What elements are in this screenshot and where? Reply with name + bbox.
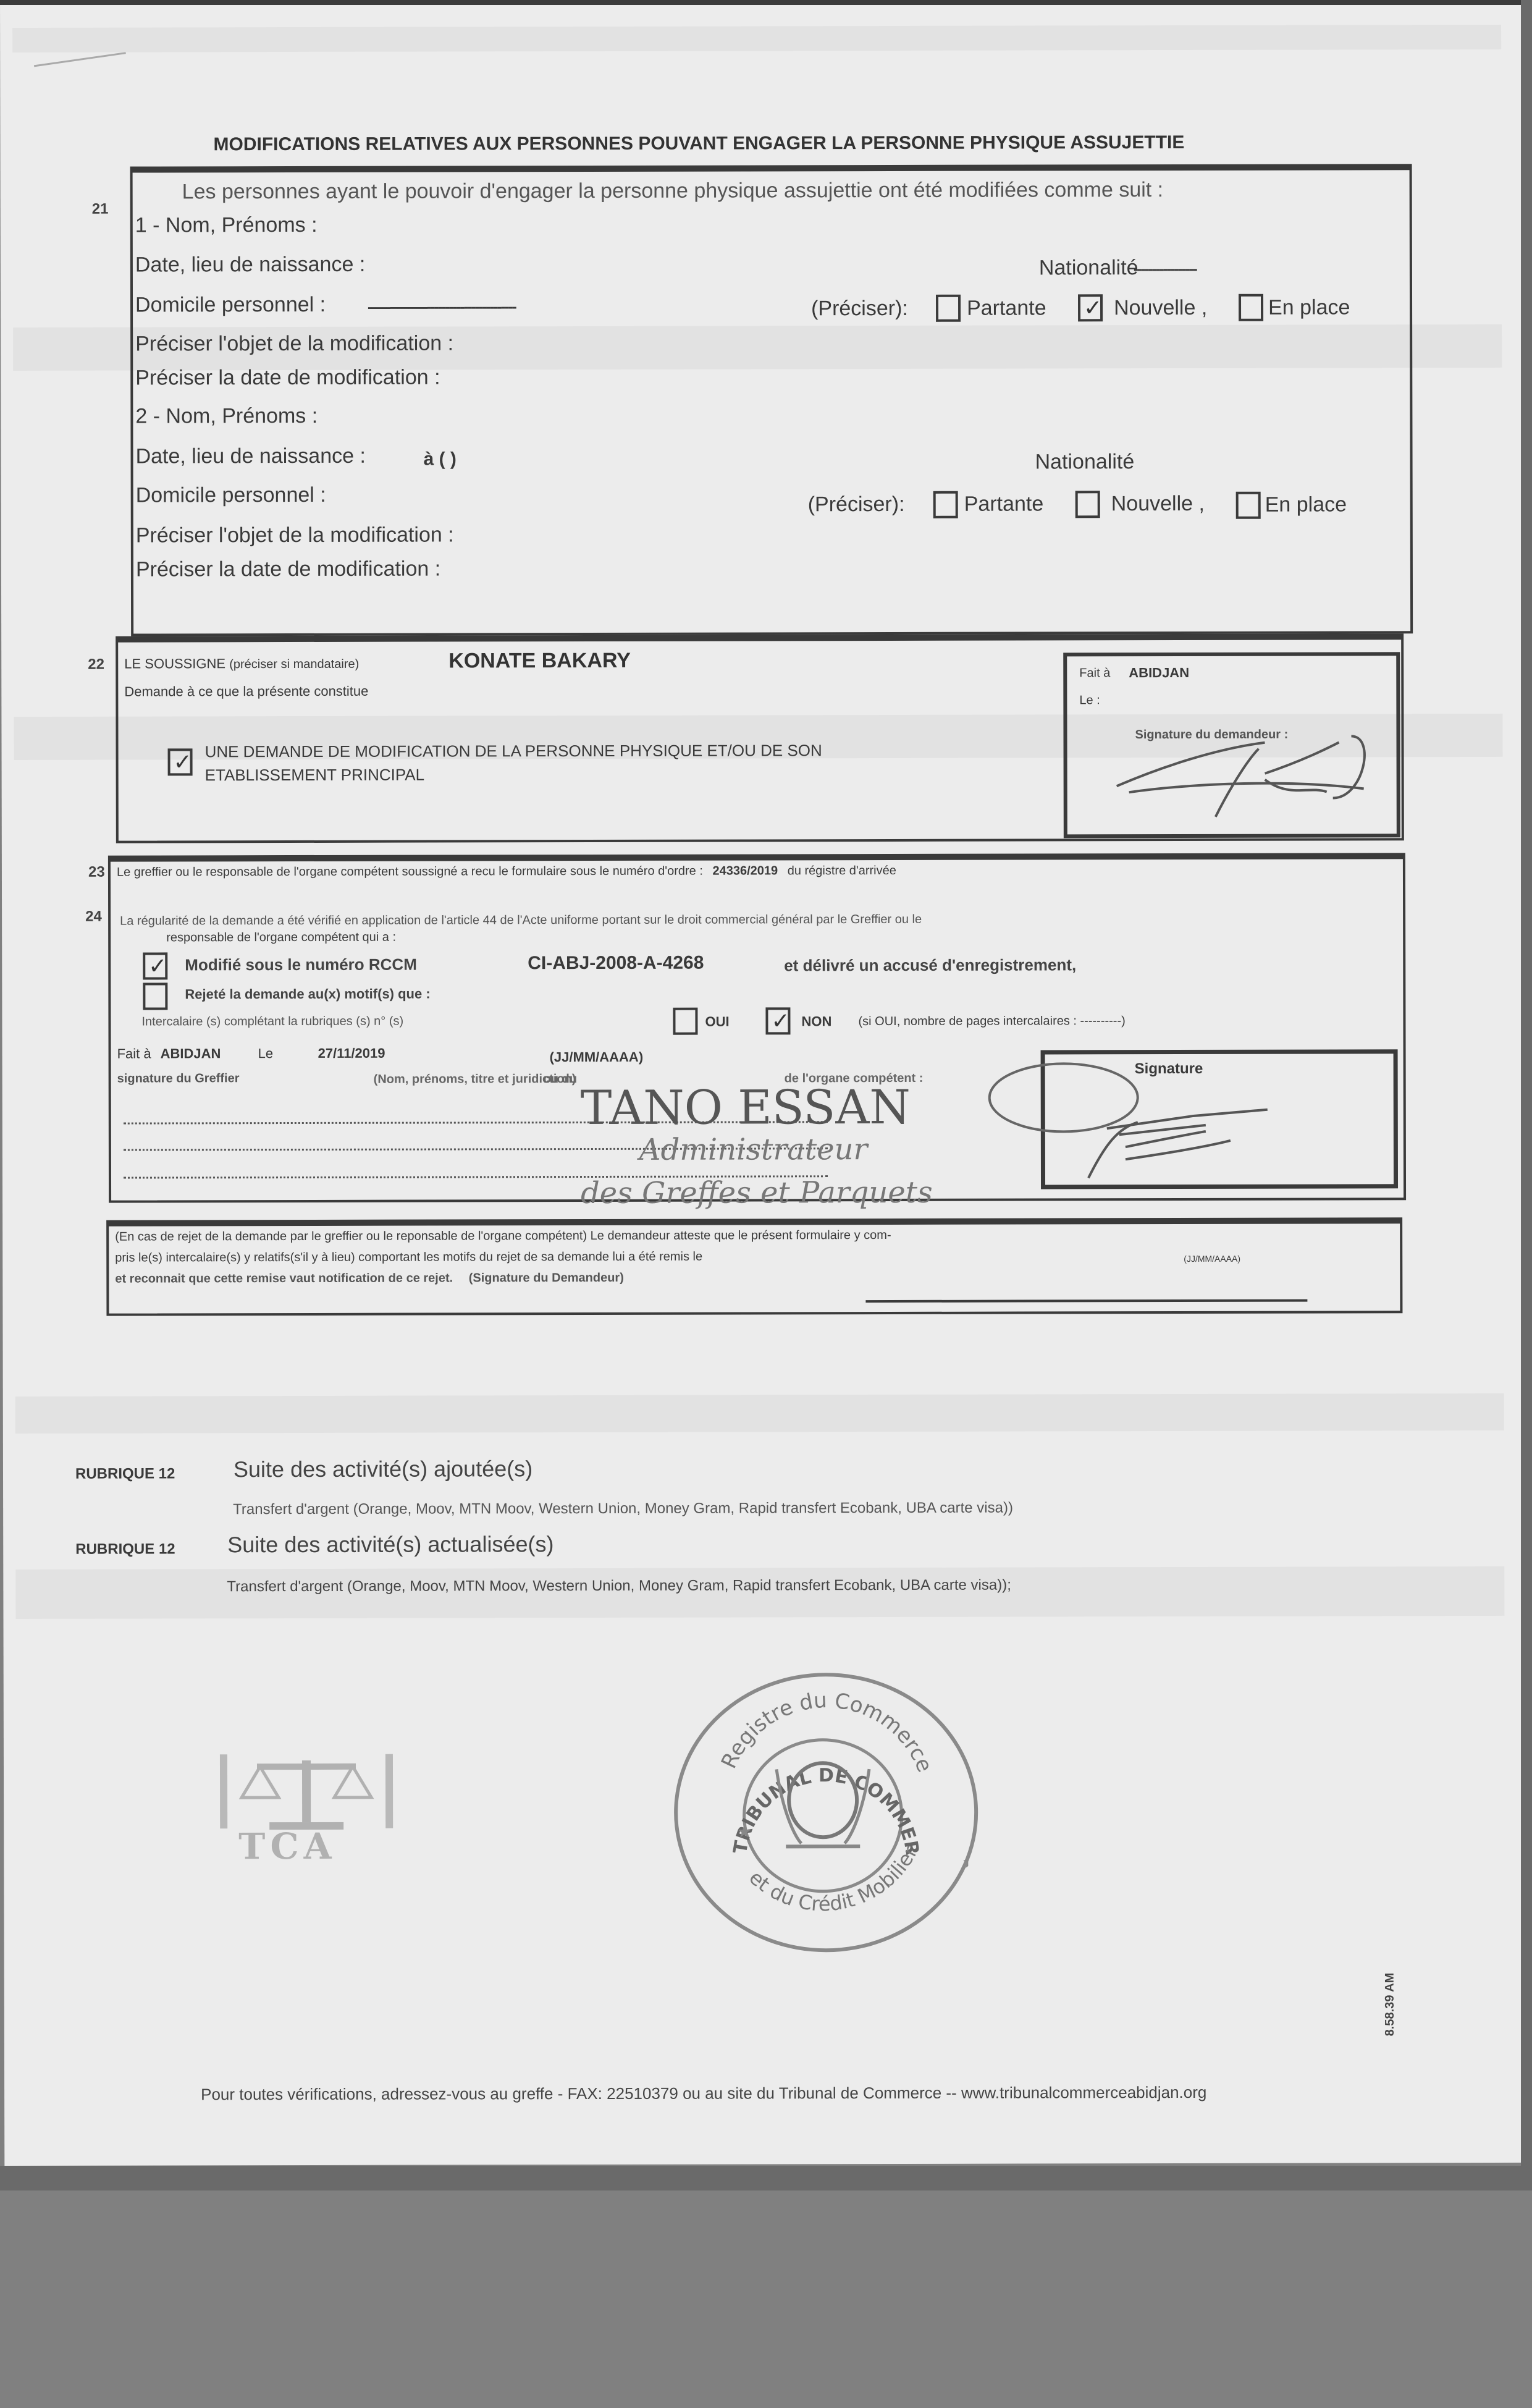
pages-note: (si OUI, nombre de pages intercalaires :… <box>858 1014 1125 1029</box>
person-2-nouvelle-checkbox[interactable] <box>1075 491 1100 518</box>
rejection-line-2: pris le(s) intercalaire(s) y relatifs(s'… <box>115 1250 702 1265</box>
rejete-label: Rejeté la demande au(x) motif(s) que : <box>185 986 430 1003</box>
person-1-domicile-label: Domicile personnel : <box>135 293 326 318</box>
soussigne-label: LE SOUSSIGNE (préciser si mandataire) <box>124 656 359 672</box>
soussigne-value: KONATE BAKARY <box>448 649 631 674</box>
rubrique-text: Transfert d'argent (Orange, Moov, MTN Mo… <box>233 1500 1013 1519</box>
person-1-nationality-label: Nationalité <box>1039 256 1138 280</box>
greffier-signature-scribble <box>983 1054 1379 1184</box>
section-22-box: LE SOUSSIGNE (préciser si mandataire) KO… <box>116 633 1404 843</box>
person-1-en-place-label: En place <box>1268 295 1350 319</box>
soussigne-label-text: LE SOUSSIGNE <box>124 656 225 671</box>
person-1-partante-checkbox[interactable] <box>936 295 961 322</box>
tca-logo-text: TCA <box>238 1825 336 1867</box>
scanner-right-edge <box>1521 0 1532 2190</box>
rejection-line-3: et reconnait que cette remise vaut notif… <box>115 1271 624 1286</box>
modifie-label: Modifié sous le numéro RCCM <box>185 955 417 975</box>
person-1-domicile-value: ---------------------------------------- <box>368 298 516 316</box>
rubrique-title: Suite des activité(s) ajoutée(s) <box>234 1456 532 1482</box>
scanned-page: MODIFICATIONS RELATIVES AUX PERSONNES PO… <box>0 0 1525 2166</box>
ou-du: ou du <box>544 1072 577 1086</box>
oui-checkbox[interactable] <box>673 1008 697 1035</box>
section-21-box: Les personnes ayant le pouvoir d'engager… <box>130 164 1413 636</box>
section-number-23: 23 <box>88 864 105 881</box>
fait-value-24: ABIDJAN <box>161 1046 221 1062</box>
check-icon: ✓ <box>1084 295 1102 320</box>
print-timestamp: 8.58.39 AM <box>1383 1973 1397 2037</box>
seal-outer-bottom-text: et du Crédit Mobilier <box>744 1842 922 1916</box>
request-line-1: UNE DEMANDE DE MODIFICATION DE LA PERSON… <box>205 741 822 761</box>
person-2-nationality-label: Nationalité <box>1035 450 1135 474</box>
rubrique-label: RUBRIQUE 12 <box>75 1465 175 1482</box>
person-2-objet-label: Préciser l'objet de la modification : <box>136 523 454 547</box>
person-2-name-label: 2 - Nom, Prénoms : <box>135 404 318 429</box>
person-2-partante-checkbox[interactable] <box>933 491 958 518</box>
person-2-domicile-label: Domicile personnel : <box>136 483 326 508</box>
order-number: 24336/2019 <box>712 864 778 877</box>
date-value: 27/11/2019 <box>318 1046 385 1062</box>
demandeur-signature-scribble <box>1104 724 1382 823</box>
person-1-partante-label: Partante <box>967 296 1046 320</box>
person-1-objet-label: Préciser l'objet de la modification : <box>135 331 453 356</box>
paper-top-edge <box>0 0 1532 5</box>
soussigne-hint: (préciser si mandataire) <box>229 657 359 671</box>
le-label: Le : <box>1079 693 1100 708</box>
person-2-nouvelle-label: Nouvelle , <box>1111 492 1205 516</box>
request-checkbox[interactable]: ✓ <box>168 748 193 775</box>
rccm-number: CI-ABJ-2008-A-4268 <box>528 953 704 974</box>
person-2-en-place-label: En place <box>1265 492 1347 517</box>
staple-mark <box>34 52 127 74</box>
rubrique-label: RUBRIQUE 12 <box>75 1540 175 1558</box>
stamp-name: TANO ESSAN <box>581 1079 911 1135</box>
person-2-preciser-label: (Préciser): <box>808 492 905 517</box>
section-24-line-1: La régularité de la demande a été vérifi… <box>120 913 922 929</box>
person-1-date-modif-label: Préciser la date de modification : <box>135 366 440 391</box>
demandeur-signature-box: Fait à ABIDJAN Le : Signature du demande… <box>1063 652 1400 838</box>
section-number-24: 24 <box>85 908 102 926</box>
rejection-line-3-text: et reconnait que cette remise vaut notif… <box>115 1271 453 1285</box>
rejete-checkbox[interactable] <box>143 982 167 1010</box>
footer-text: Pour toutes vérifications, adressez-vous… <box>201 2083 1206 2104</box>
page-title: MODIFICATIONS RELATIVES AUX PERSONNES PO… <box>213 132 1184 155</box>
person-1-nouvelle-label: Nouvelle , <box>1114 296 1207 320</box>
person-2-birth-value: à ( ) <box>424 449 457 470</box>
person-1: 1 - Nom, Prénoms : Date, lieu de naissan… <box>133 170 1410 172</box>
fait-label-24: Fait à <box>117 1046 151 1062</box>
non-checkbox[interactable]: ✓ <box>765 1007 790 1034</box>
scan-stripe <box>15 1393 1504 1434</box>
person-2-en-place-checkbox[interactable] <box>1236 492 1261 519</box>
section-23-24-box: Le greffier ou le responsable de l'organ… <box>108 853 1406 1202</box>
scan-stripe <box>12 25 1501 53</box>
rejection-date-format: (JJ/MM/AAAA) <box>1184 1254 1240 1264</box>
section-24-line-2: responsable de l'organe compétent qui a … <box>166 931 396 945</box>
person-2-date-modif-label: Préciser la date de modification : <box>136 557 440 582</box>
stamp-title-2: des Greffes et Parquets <box>581 1175 933 1210</box>
date-format: (JJ/MM/AAAA) <box>550 1049 644 1065</box>
seal-text: Registre du Commerce TRIBUNAL DE COMMERC… <box>678 1676 969 1943</box>
rejection-box: (En cas de rejet de la demande par le gr… <box>106 1217 1402 1316</box>
oui-label: OUI <box>705 1014 729 1030</box>
section-21-intro: Les personnes ayant le pouvoir d'engager… <box>182 178 1164 204</box>
section-23-text: Le greffier ou le responsable de l'organ… <box>117 864 896 880</box>
demande-label: Demande à ce que la présente constitue <box>124 683 368 700</box>
scanner-bottom-edge <box>0 2166 1532 2190</box>
modifie-checkbox[interactable]: ✓ <box>143 952 167 979</box>
signature-greffier-label: signature du Greffier <box>117 1071 240 1086</box>
section-number-21: 21 <box>92 201 109 218</box>
court-seal: Registre du Commerce TRIBUNAL DE COMMERC… <box>674 1673 979 1953</box>
check-icon: ✓ <box>174 750 192 774</box>
star-icon: ★ <box>962 1852 968 1872</box>
signature-line <box>865 1299 1307 1303</box>
person-2-partante-label: Partante <box>964 492 1044 516</box>
section-23-text-before: Le greffier ou le responsable de l'organ… <box>117 864 703 879</box>
request-line-2: ETABLISSEMENT PRINCIPAL <box>205 766 425 785</box>
check-icon: ✓ <box>148 953 167 978</box>
section-23-text-after: du régistre d'arrivée <box>788 864 896 877</box>
person-1-nationality-value: ----------------- <box>1134 261 1197 278</box>
person-1-preciser-label: (Préciser): <box>811 297 908 321</box>
person-1-birth-label: Date, lieu de naissance : <box>135 253 365 277</box>
le-label-24: Le <box>258 1046 274 1062</box>
fait-label: Fait à <box>1079 666 1110 680</box>
person-1-en-place-checkbox[interactable] <box>1239 294 1263 321</box>
star-icon: ★ <box>736 1822 752 1841</box>
check-icon: ✓ <box>771 1008 789 1033</box>
svg-text:et du Crédit Mobilier: et du Crédit Mobilier <box>744 1842 922 1916</box>
person-1-name-label: 1 - Nom, Prénoms : <box>135 213 318 238</box>
rejection-line-1: (En cas de rejet de la demande par le gr… <box>115 1228 891 1244</box>
person-1-nouvelle-checkbox[interactable]: ✓ <box>1078 294 1103 321</box>
rubrique-text: Transfert d'argent (Orange, Moov, MTN Mo… <box>227 1577 1011 1596</box>
greffier-signature-box: Signature <box>1041 1049 1398 1189</box>
non-label: NON <box>801 1013 831 1029</box>
person-2: 2 - Nom, Prénoms : Date, lieu de naissan… <box>133 170 1410 172</box>
section-number-22: 22 <box>88 656 104 674</box>
intercalaire-label: Intercalaire (s) complétant la rubriques… <box>141 1015 403 1029</box>
rejection-signature-label: (Signature du Demandeur) <box>469 1271 624 1285</box>
stamp-title-1: Administrateur <box>639 1132 868 1167</box>
fait-value: ABIDJAN <box>1129 665 1189 681</box>
modifie-suffix: et délivré un accusé d'enregistrement, <box>784 955 1076 975</box>
tca-logo: TCA <box>208 1742 405 1866</box>
rubrique-title: Suite des activité(s) actualisée(s) <box>227 1531 553 1558</box>
person-2-birth-label: Date, lieu de naissance : <box>136 444 366 469</box>
